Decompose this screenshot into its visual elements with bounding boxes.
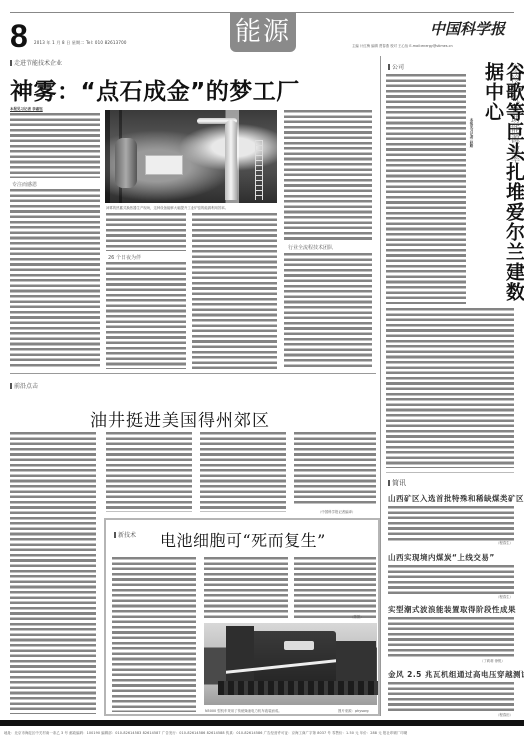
oil-text-col2 [106, 432, 192, 512]
plant-photo-caption: 神雾的热蓄式换热器生产现场，这种设备能够大幅提升工业炉窑的能源利用效率。 [106, 205, 228, 210]
oil-text-col1 [10, 432, 96, 714]
top-rule [290, 12, 514, 13]
paper-logo: 中国科学报 [430, 18, 505, 39]
tank-shape [115, 138, 137, 188]
brief-source: （丁莉莉 徐锐） [480, 658, 505, 663]
logo-shape [284, 641, 314, 650]
lead-subhead: 专注而感恩 [12, 181, 37, 188]
locomotive-cab-shape [226, 626, 254, 682]
bottom-bar [0, 720, 524, 726]
lead-subhead: 26 个日夜为伴 [108, 254, 141, 261]
oil-kicker: 前沿点击 [10, 381, 38, 390]
company-byline: 本报见习记者 赵路 [470, 118, 475, 147]
section-tab: 能源 [230, 12, 296, 52]
brief-headline: 山西实现境内煤炭“上线交易” [388, 552, 495, 563]
brief-headline: 山西矿区入选首批特殊和稀缺煤类矿区 [388, 493, 524, 504]
brief-source: （程春田） [496, 712, 513, 717]
wheels-shape [218, 681, 378, 695]
second-locomotive-shape [336, 641, 376, 681]
brief-headline: 实型潮式波浪能装置取得阶段性成果 [388, 604, 516, 615]
section-divider [386, 472, 514, 473]
company-kicker: 公司 [388, 62, 404, 71]
company-headline: 谷歌等巨头扎堆爱尔兰建数据中心 [482, 62, 524, 312]
lead-text-col3 [192, 213, 277, 369]
page-number: 8 [10, 20, 28, 52]
battery-text-col2 [204, 557, 288, 619]
plant-photo [105, 110, 277, 203]
lead-text-col1a [10, 113, 100, 178]
company-text-col1 [386, 74, 466, 304]
section-divider [10, 373, 376, 374]
oil-text-col4 [294, 432, 376, 506]
train-photo-caption: N5000 型机车采用了传统柴油电力机车改装而成。 [205, 708, 282, 713]
oil-source: （中国科学报记者编译） [318, 509, 355, 514]
brief-text [388, 617, 514, 659]
brief-headline: 金风 2.5 兆瓦机组通过高电压穿越测试 [388, 669, 524, 680]
date-line: 2013 年 1 月 8 日 星期二 Tel: 010 82613700 [34, 40, 127, 46]
oil-text-col3 [200, 432, 286, 512]
lead-byline: 本报见习记者 李惠钰 [10, 107, 43, 112]
editors-line: 主编 计红梅 编辑 贾春燕 校对 王心怡 E-mail:energy@stime… [352, 43, 453, 48]
ladder-shape [255, 140, 263, 200]
lead-text-col4b [284, 253, 372, 369]
battery-kicker: 新技术 [114, 530, 136, 539]
sign-shape [145, 155, 183, 175]
battery-text-col3 [294, 557, 376, 619]
brief-text [388, 565, 514, 595]
brief-text [388, 682, 514, 712]
column-divider [380, 56, 381, 716]
lead-kicker: 走进节能技术企业 [10, 58, 62, 67]
company-text-wide [386, 308, 514, 468]
battery-source: （萧萧） [350, 614, 364, 619]
brief-text [388, 506, 514, 543]
brief-source: （程春生） [496, 594, 513, 599]
lead-text-col1b [10, 189, 100, 369]
train-photo-credit: 图片来源：physorg [338, 708, 369, 713]
battery-text-col1 [112, 557, 196, 712]
train-photo [204, 623, 377, 705]
footer-info: 地址：北京市海淀区中关村南一条乙 3 号 邮政编码：100190 编辑部：010… [4, 730, 407, 735]
oil-headline: 油井挺进美国得州郊区 [90, 406, 270, 431]
briefs-kicker: 简讯 [388, 478, 406, 488]
lead-text-col2b [106, 262, 186, 369]
lead-headline: 神雾：“点石成金”的梦工厂 [10, 73, 300, 106]
pipe-shape [225, 120, 237, 200]
lead-text-col2a [106, 213, 186, 251]
lead-subhead: 行业全流程技术团队 [288, 244, 333, 251]
brief-source: （程春生） [496, 540, 513, 545]
lead-text-col4a [284, 110, 372, 240]
battery-headline: 电池细胞可“死而复生” [160, 528, 326, 551]
top-rule [10, 12, 260, 13]
